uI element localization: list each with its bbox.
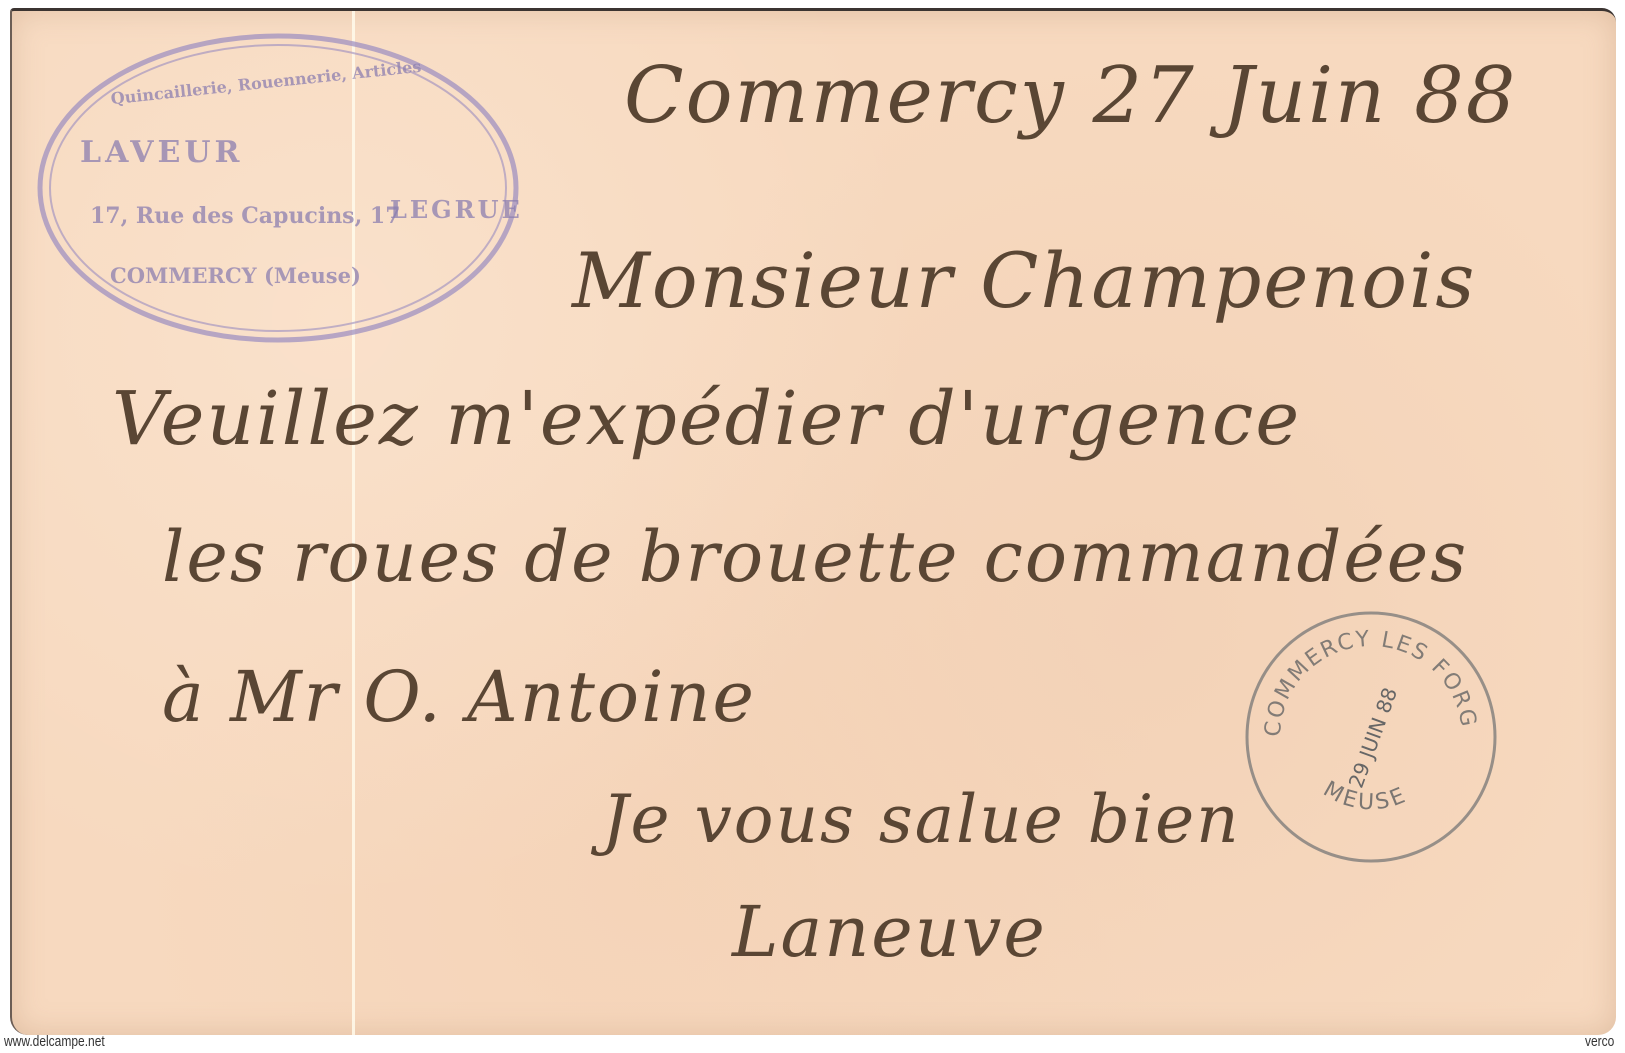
stamp-line-2: LAVEUR [80,135,243,170]
sender-oval-stamp: Quincaillerie, Rouennerie, Articles LAVE… [30,25,526,351]
postcard: Quincaillerie, Rouennerie, Articles LAVE… [10,8,1616,1035]
handwritten-salutation: Monsieur Champenois [572,236,1476,325]
svg-text:COMMERCY LES FORGES: COMMERCY LES FORGES [1240,606,1481,738]
postmark-circle-icon: COMMERCY LES FORGES MEUSE 29 JUIN 88 [1240,606,1502,868]
footer-site-link[interactable]: www.delcampe.net [4,1033,105,1050]
handwritten-dateline: Commercy 27 Juin 88 [624,51,1517,141]
stamp-line-3: 17, Rue des Capucins, 17 [90,203,401,229]
svg-text:29 JUIN 88: 29 JUIN 88 [1344,684,1402,791]
handwritten-closing: Je vous salue bien [602,781,1241,858]
handwritten-line-1: Veuillez m'expédier d'urgence [112,376,1301,462]
postmark: COMMERCY LES FORGES MEUSE 29 JUIN 88 [1240,606,1502,868]
handwritten-line-3: à Mr O. Antoine [162,656,756,738]
handwritten-line-2: les roues de brouette commandées [162,516,1468,598]
handwritten-signature: Laneuve [732,891,1047,973]
stamp-line-4: COMMERCY (Meuse) [110,263,361,288]
footer-seller-name: verco [1585,1033,1614,1050]
stamp-extra: LEGRUE [390,195,523,224]
